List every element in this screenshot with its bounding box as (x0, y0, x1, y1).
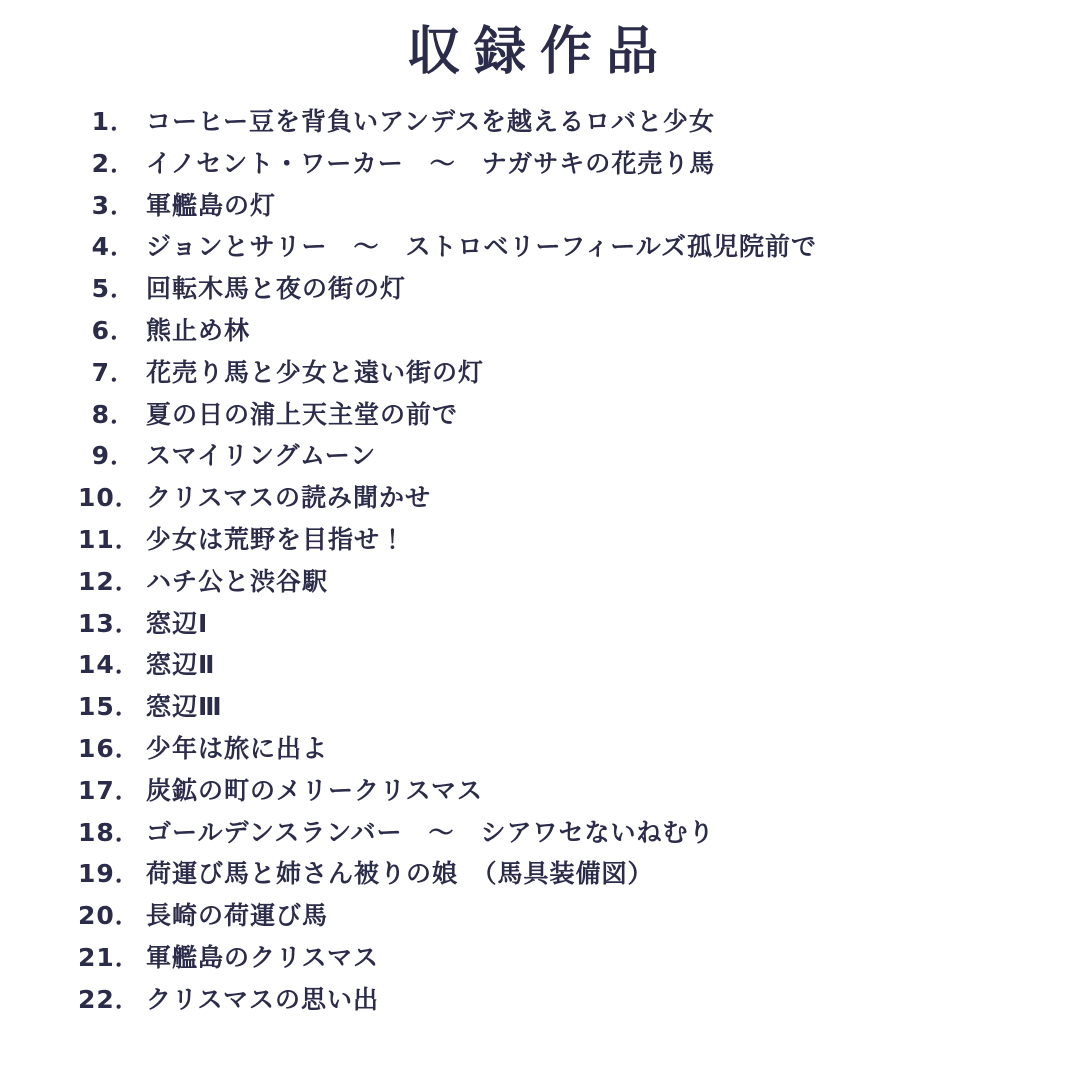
work-number: 11． (78, 520, 136, 556)
work-title: クリスマスの思い出 (146, 980, 379, 1016)
work-number: 3． (78, 186, 136, 222)
work-number: 10． (78, 478, 136, 514)
work-title: 窓辺Ⅱ (146, 645, 215, 681)
work-number: 5． (78, 269, 136, 305)
work-number: 1． (78, 102, 136, 138)
work-title: 軍艦島のクリスマス (146, 938, 379, 974)
list-item: 14． 窓辺Ⅱ (0, 645, 1080, 687)
work-title: コーヒー豆を背負いアンデスを越えるロバと少女 (146, 102, 715, 138)
list-item: 6． 熊止め林 (0, 311, 1080, 353)
work-number: 6． (78, 311, 136, 347)
work-title: 回転木馬と夜の街の灯 (146, 269, 406, 305)
work-number: 4． (78, 227, 136, 263)
work-title: 夏の日の浦上天主堂の前で (146, 395, 458, 431)
work-number: 17． (78, 771, 136, 807)
work-number: 7． (78, 353, 136, 389)
toc-page: 収録作品 1． コーヒー豆を背負いアンデスを越えるロバと少女 2． イノセント・… (0, 0, 1080, 1080)
list-item: 10． クリスマスの読み聞かせ (0, 478, 1080, 520)
list-item: 3． 軍艦島の灯 (0, 186, 1080, 228)
list-item: 8． 夏の日の浦上天主堂の前で (0, 395, 1080, 437)
list-item: 19． 荷運び馬と姉さん被りの娘 （馬具装備図） (0, 854, 1080, 896)
work-title: 炭鉱の町のメリークリスマス (146, 771, 483, 807)
work-title: クリスマスの読み聞かせ (146, 478, 431, 514)
work-number: 21． (78, 938, 136, 974)
list-item: 11． 少女は荒野を目指せ！ (0, 520, 1080, 562)
list-item: 9． スマイリングムーン (0, 436, 1080, 478)
list-item: 22． クリスマスの思い出 (0, 980, 1080, 1022)
page-title: 収録作品 (0, 0, 1080, 82)
list-item: 2． イノセント・ワーカー ～ ナガサキの花売り馬 (0, 144, 1080, 186)
works-list: 1． コーヒー豆を背負いアンデスを越えるロバと少女 2． イノセント・ワーカー … (0, 102, 1080, 1022)
work-title: ジョンとサリー ～ ストロベリーフィールズ孤児院前で (146, 227, 817, 263)
work-number: 12． (78, 562, 136, 598)
work-number: 13． (78, 604, 136, 640)
list-item: 17． 炭鉱の町のメリークリスマス (0, 771, 1080, 813)
list-item: 21． 軍艦島のクリスマス (0, 938, 1080, 980)
work-title: スマイリングムーン (146, 436, 376, 472)
list-item: 1． コーヒー豆を背負いアンデスを越えるロバと少女 (0, 102, 1080, 144)
work-title: イノセント・ワーカー ～ ナガサキの花売り馬 (146, 144, 715, 180)
work-number: 9． (78, 436, 136, 472)
work-title: ゴールデンスランバー ～ シアワセないねむり (146, 813, 715, 849)
work-title: 長崎の荷運び馬 (146, 896, 328, 932)
list-item: 5． 回転木馬と夜の街の灯 (0, 269, 1080, 311)
list-item: 18． ゴールデンスランバー ～ シアワセないねむり (0, 813, 1080, 855)
list-item: 16． 少年は旅に出よ (0, 729, 1080, 771)
work-title: 少女は荒野を目指せ！ (146, 520, 406, 556)
work-title: 花売り馬と少女と遠い街の灯 (146, 353, 484, 389)
list-item: 4． ジョンとサリー ～ ストロベリーフィールズ孤児院前で (0, 227, 1080, 269)
work-title: 少年は旅に出よ (146, 729, 328, 765)
work-number: 2． (78, 144, 136, 180)
list-item: 13． 窓辺Ⅰ (0, 604, 1080, 646)
work-title: 窓辺Ⅰ (146, 604, 208, 640)
list-item: 12． ハチ公と渋谷駅 (0, 562, 1080, 604)
work-title: 熊止め林 (146, 311, 250, 347)
work-number: 14． (78, 645, 136, 681)
work-number: 18． (78, 813, 136, 849)
work-title: ハチ公と渋谷駅 (146, 562, 328, 598)
work-number: 22． (78, 980, 136, 1016)
work-number: 15． (78, 687, 136, 723)
work-title: 荷運び馬と姉さん被りの娘 （馬具装備図） (146, 854, 654, 890)
list-item: 7． 花売り馬と少女と遠い街の灯 (0, 353, 1080, 395)
work-number: 8． (78, 395, 136, 431)
list-item: 20． 長崎の荷運び馬 (0, 896, 1080, 938)
work-title: 軍艦島の灯 (146, 186, 276, 222)
work-number: 16． (78, 729, 136, 765)
list-item: 15． 窓辺Ⅲ (0, 687, 1080, 729)
work-number: 20． (78, 896, 136, 932)
work-title: 窓辺Ⅲ (146, 687, 223, 723)
work-number: 19． (78, 854, 136, 890)
